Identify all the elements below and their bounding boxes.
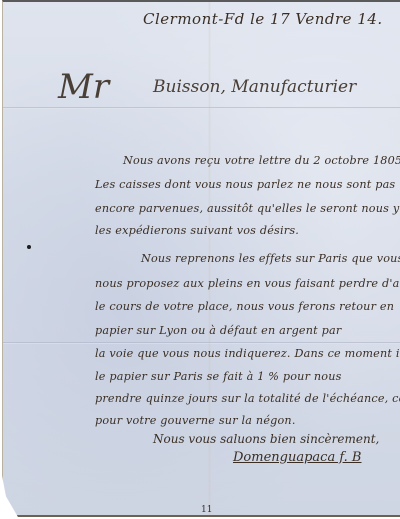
ink-spot (27, 245, 31, 249)
fold-line (3, 107, 400, 109)
page-mark: 11 (201, 505, 212, 515)
body-line: Nous avons reçu votre lettre du 2 octobr… (123, 154, 400, 167)
body-line: le cours de votre place, nous vous feron… (95, 300, 394, 313)
letter-paper: Clermont-Fd le 17 Vendre 14. Mr Buisson,… (2, 0, 400, 517)
body-line: Les caisses dont vous nous parlez ne nou… (95, 178, 395, 191)
body-line: Nous reprenons les effets sur Paris que … (141, 252, 400, 265)
letter-date: Clermont-Fd le 17 Vendre 14. (143, 10, 383, 28)
body-line: encore parvenues, aussitôt qu'elles le s… (95, 202, 399, 215)
closing-line: Nous vous saluons bien sincèrement, (153, 432, 379, 446)
body-line: le papier sur Paris se fait à 1 % pour n… (95, 370, 342, 383)
body-line: pour votre gouverne sur la négon. (95, 414, 296, 427)
signature: Domenguapaca f. B (233, 450, 362, 465)
addressee-name: Buisson, Manufacturier (153, 77, 356, 97)
body-line: la voie que vous nous indiquerez. Dans c… (95, 347, 400, 360)
body-line: papier sur Lyon ou à défaut en argent pa… (95, 324, 341, 337)
body-line: prendre quinze jours sur la totalité de … (95, 392, 400, 405)
body-line: les expédierons suivant vos désirs. (95, 224, 299, 237)
fold-line (3, 342, 400, 344)
salutation-title: Mr (58, 67, 109, 107)
body-line: nous proposez aux pleins en vous faisant… (95, 277, 400, 290)
